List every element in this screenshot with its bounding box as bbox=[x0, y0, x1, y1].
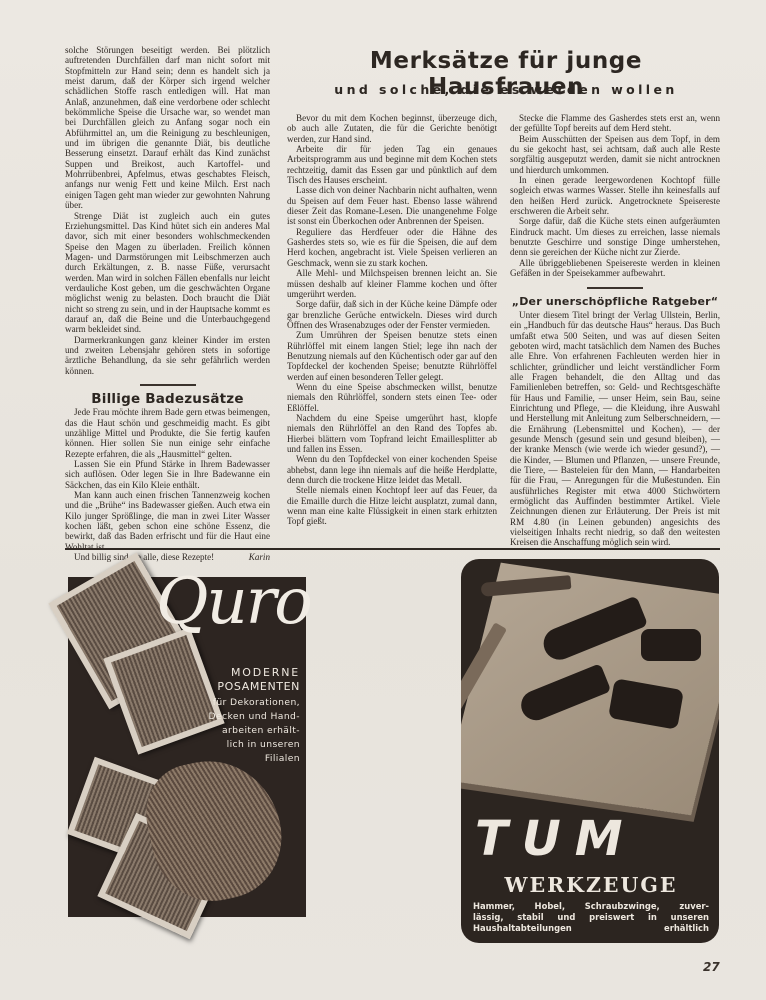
ad-line: für Dekorationen, bbox=[180, 696, 300, 710]
paragraph: Alle Mehl- und Milchspeisen brennen leic… bbox=[287, 268, 497, 299]
paragraph: In einen gerade leergewordenen Kochtopf … bbox=[510, 175, 720, 216]
ad-line: MODERNE bbox=[180, 666, 300, 680]
ad-line: Decken und Hand- bbox=[180, 710, 300, 724]
ad-line: lich in unseren bbox=[180, 738, 300, 752]
middle-column: Bevor du mit dem Kochen beginnst, überze… bbox=[287, 113, 497, 527]
paragraph: Reguliere das Herdfeuer oder die Hähne d… bbox=[287, 227, 497, 268]
author-name: Karin bbox=[249, 552, 270, 562]
paragraph: Sorge dafür, daß sich in der Küche keine… bbox=[287, 299, 497, 330]
paragraph: Zum Umrühren der Speisen benutze stets e… bbox=[287, 330, 497, 382]
article-heading-ratgeber: „Der unerschöpfliche Ratgeber“ bbox=[510, 297, 720, 307]
page-subtitle: und solche, die es werden wollen bbox=[288, 82, 724, 97]
paragraph: solche Störungen beseitigt werden. Bei p… bbox=[65, 45, 270, 211]
ad-description: Hammer, Hobel, Schraubzwinge, zuver- läs… bbox=[473, 901, 709, 934]
ad-line: lässig, stabil und preiswert in unseren bbox=[473, 912, 709, 923]
section-divider bbox=[587, 287, 643, 289]
horizontal-rule bbox=[65, 548, 720, 550]
paragraph: Lasse dich von deiner Nachbarin nicht au… bbox=[287, 185, 497, 226]
page-number: 27 bbox=[703, 960, 720, 974]
paragraph: Beim Ausschütten der Speisen aus dem Top… bbox=[510, 134, 720, 175]
paragraph: Darmerkrankungen ganz kleiner Kinder im … bbox=[65, 335, 270, 376]
paragraph: Lassen Sie ein Pfund Stärke in Ihrem Bad… bbox=[65, 459, 270, 490]
paragraph: Sorge dafür, daß die Küche stets einen a… bbox=[510, 216, 720, 257]
paragraph: Wenn du eine Speise abschmecken willst, … bbox=[287, 382, 497, 413]
magazine-page: solche Störungen beseitigt werden. Bei p… bbox=[0, 0, 766, 1000]
left-column: solche Störungen beseitigt werden. Bei p… bbox=[65, 45, 270, 563]
ad-line: POSAMENTEN bbox=[180, 680, 300, 694]
ad-line: Haushaltabteilungen erhältlich bbox=[473, 923, 709, 934]
section-divider bbox=[140, 384, 196, 386]
paragraph: Arbeite dir für jeden Tag ein genaues Ar… bbox=[287, 144, 497, 185]
paragraph: Bevor du mit dem Kochen beginnst, überze… bbox=[287, 113, 497, 144]
paragraph: Alle übriggebliebenen Speisereste werden… bbox=[510, 258, 720, 279]
ad-line: arbeiten erhält- bbox=[180, 724, 300, 738]
quro-logo: Quro bbox=[156, 565, 311, 639]
ad-left-text: MODERNE POSAMENTEN für Dekorationen, Dec… bbox=[180, 666, 300, 766]
tum-logo: TUM bbox=[475, 811, 705, 867]
ad-line: Filialen bbox=[180, 752, 300, 766]
right-column: Stecke die Flamme des Gasherdes stets er… bbox=[510, 113, 720, 548]
vise-image bbox=[641, 629, 701, 661]
paragraph: Jede Frau möchte ihrem Bade gern etwas b… bbox=[65, 407, 270, 459]
paragraph: Strenge Diät ist zugleich auch ein gutes… bbox=[65, 211, 270, 335]
paragraph: Man kann auch einen frischen Tannenzweig… bbox=[65, 490, 270, 552]
article-heading-badezusaetze: Billige Badezusätze bbox=[65, 394, 270, 404]
ad-line: Hammer, Hobel, Schraubzwinge, zuver- bbox=[473, 901, 709, 912]
paragraph: Unter diesem Titel bringt der Verlag Ull… bbox=[510, 310, 720, 548]
paragraph: Wenn du den Topfdeckel von einer kochend… bbox=[287, 454, 497, 485]
article-signoff: Und billig sind sie alle, diese Rezepte!… bbox=[65, 552, 270, 562]
advertisement-tum-werkzeuge: TUM WERKZEUGE Hammer, Hobel, Schraubzwin… bbox=[461, 559, 719, 943]
paragraph: Stecke die Flamme des Gasherdes stets er… bbox=[510, 113, 720, 134]
paragraph: Stelle niemals einen Kochtopf leer auf d… bbox=[287, 485, 497, 526]
ad-headline: WERKZEUGE bbox=[473, 873, 709, 897]
paragraph: Nachdem du eine Speise umgerührt hast, k… bbox=[287, 413, 497, 454]
